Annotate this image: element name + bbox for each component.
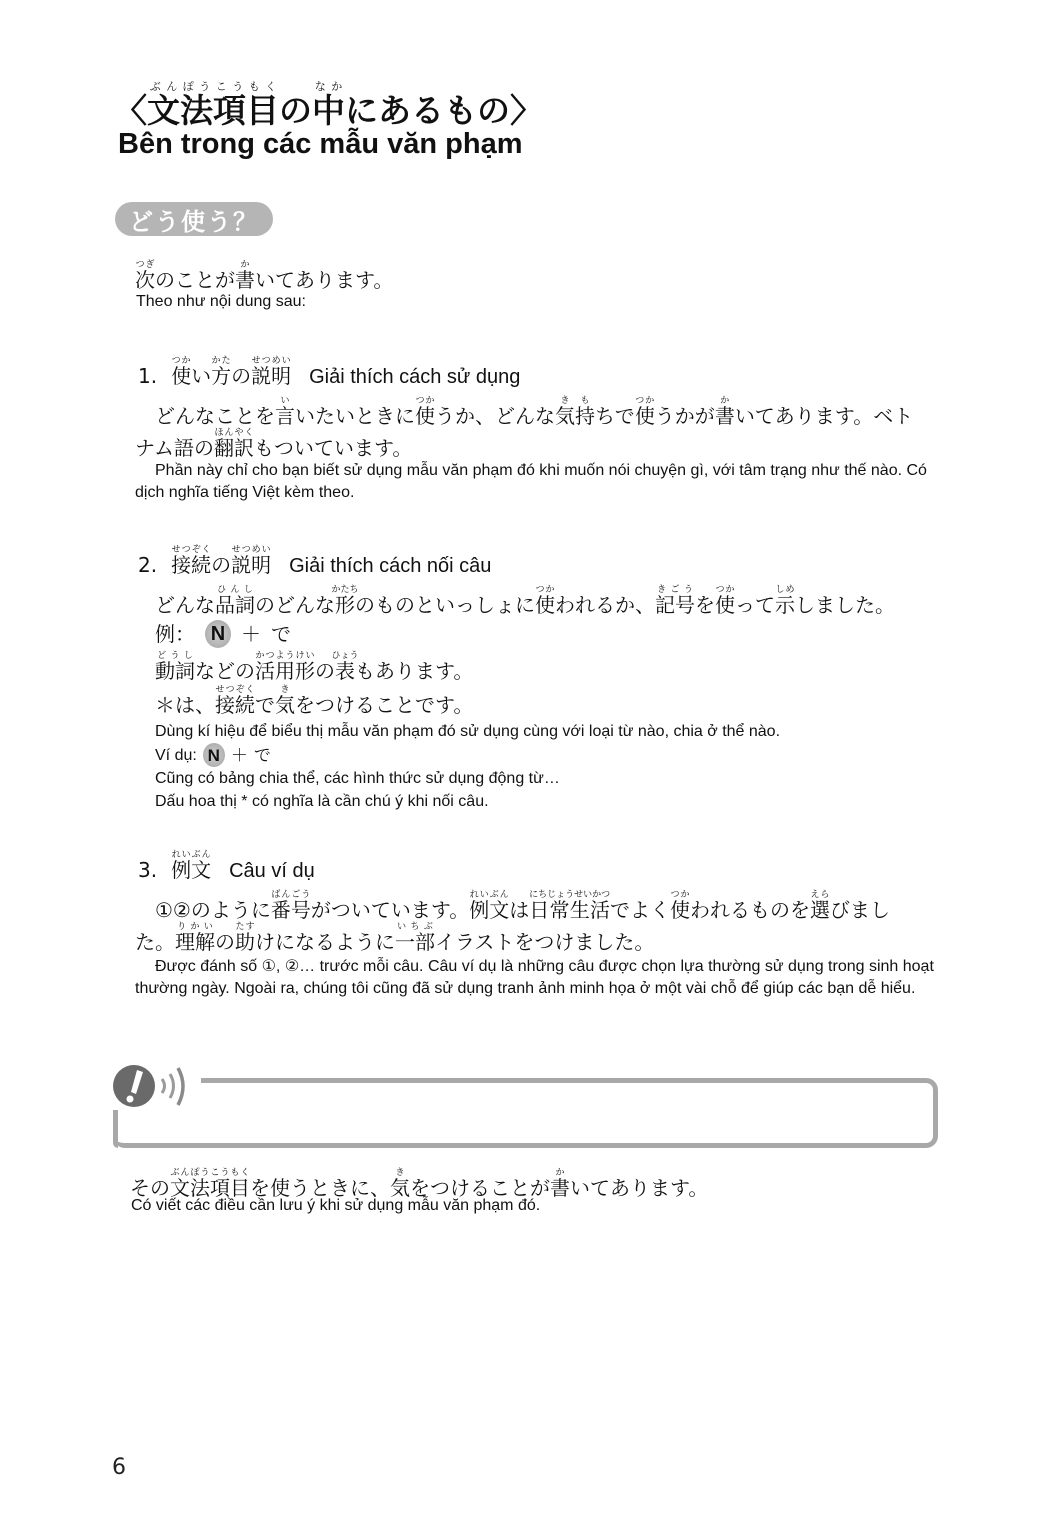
section-heading-vi: Giải thích cách nối câu: [289, 555, 491, 578]
note-jp: その文法項目ぶんぽうこうもくを使うときに、気きをつけることが書かいてあります。: [130, 1168, 708, 1198]
section-2-vi: Dùng kí hiệu để biểu thị mẫu văn phạm đó…: [155, 720, 780, 813]
section-number: 3.: [138, 858, 157, 882]
note-frame: [113, 1078, 938, 1148]
section-3-heading: 3. 例文れいぶん Câu ví dụ: [138, 850, 315, 883]
section-number: 2.: [138, 553, 157, 577]
vi-line: Dùng kí hiệu để biểu thị mẫu văn phạm đó…: [155, 720, 780, 743]
page-title-vi: Bên trong các mẫu văn phạm: [118, 128, 523, 161]
vi-line: Cũng có bảng chia thể, các hình thức sử …: [155, 767, 780, 790]
section-3-line-2: た。理解りかいの助たすけになるように一部いちぶイラストをつけました。: [135, 922, 654, 952]
noun-symbol-badge: N: [203, 743, 225, 767]
page-number: 6: [112, 1455, 126, 1480]
section-2-heading: 2. 接続せつぞくの説明せつめい Giải thích cách nối câu: [138, 545, 491, 578]
section-3-line-1: ①②のように番号ばんごうがついています。例文れいぶんは日常生活にちじょうせいかつ…: [155, 890, 890, 920]
section-2-line-1: どんな品詞ひんしのどんな形かたちのものといっしょに使つかわれるか、記号きごうを使…: [155, 585, 895, 615]
vi-example: Ví dụ: N ＋ で: [155, 743, 780, 767]
section-1-line-2: ナム語の翻訳ほんやくもついています。: [135, 428, 412, 458]
section-2-line-2: 動詞どうしなどの活用形かつようけいの表ひょうもあります。: [155, 651, 473, 681]
section-heading-vi: Giải thích cách sử dụng: [309, 366, 520, 389]
page-title-jp: 〈文法項目ぶんぽうこうもくの中なかにあるもの〉: [114, 80, 543, 132]
section-heading-vi: Câu ví dụ: [229, 860, 315, 883]
section-number: 1.: [138, 364, 157, 388]
note-vi: Có viết các điều cần lưu ý khi sử dụng m…: [131, 1198, 540, 1214]
section-3-vi: Được đánh số ①, ②… trước mỗi câu. Câu ví…: [135, 956, 955, 1000]
section-2-example: 例： N ＋ で: [155, 620, 291, 648]
section-1-line-1: どんなことを言いいたいときに使つかうか、どんな気持きもちで使つかうかが書かいてあ…: [155, 396, 913, 426]
vi-line: Dấu hoa thị * có nghĩa là cần chú ý khi …: [155, 790, 780, 813]
section-1-vi: Phần này chỉ cho bạn biết sử dụng mẫu vă…: [135, 460, 955, 504]
section-badge: どう使う？: [115, 202, 273, 236]
exclamation-speaker-icon: [110, 1062, 205, 1116]
section-1-heading: 1. 使つかい方かたの説明せつめい Giải thích cách sử dụn…: [138, 356, 520, 389]
noun-symbol-badge: N: [205, 620, 231, 648]
intro-vi: Theo như nội dung sau:: [136, 294, 306, 310]
section-2-line-3: ＊は、接続せつぞくで気きをつけることです。: [155, 685, 473, 715]
intro-jp: 次つぎのことが書かいてあります。: [135, 260, 393, 290]
